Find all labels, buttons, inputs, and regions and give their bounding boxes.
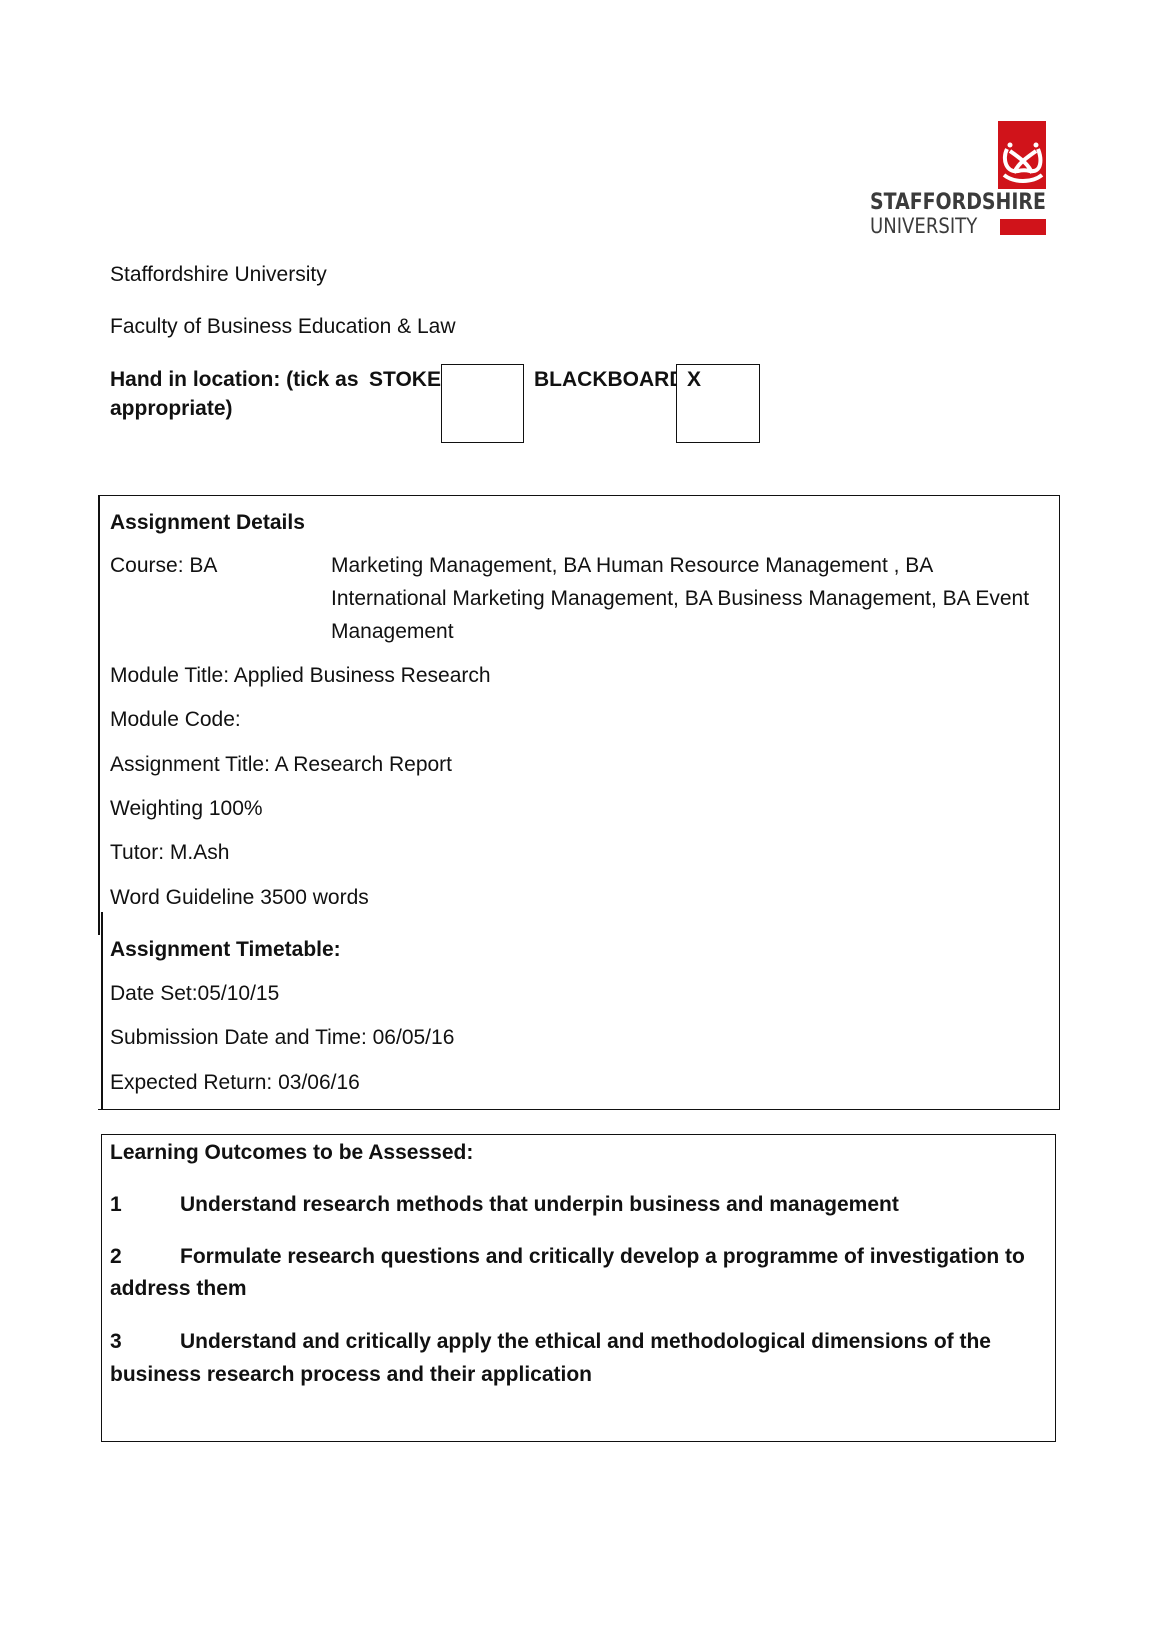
learning-outcome-3-cont: business research process and their appl…	[110, 1362, 592, 1388]
outcome-number: 2	[110, 1244, 180, 1270]
hand-in-label: Hand in location: (tick as	[110, 367, 359, 393]
stoke-label: STOKE	[369, 367, 441, 393]
blackboard-tickbox[interactable]: X	[676, 364, 760, 443]
hand-in-label-cont: appropriate)	[110, 396, 233, 422]
learning-outcome-2: 2Formulate research questions and critic…	[110, 1244, 1025, 1270]
stoke-tickbox[interactable]	[441, 364, 524, 443]
institution-name: Staffordshire University	[110, 262, 327, 288]
blackboard-mark: X	[687, 367, 701, 393]
timetable-heading: Assignment Timetable:	[110, 937, 341, 963]
module-title: Module Title: Applied Business Research	[110, 663, 491, 689]
course-value-line-1: Marketing Management, BA Human Resource …	[331, 553, 933, 579]
blackboard-label: BLACKBOARD	[534, 367, 685, 393]
staffordshire-logo: STAFFORDSHIRE UNIVERSITY	[860, 118, 1050, 243]
box-left-border-upper	[98, 495, 100, 935]
course-value-line-3: Management	[331, 619, 454, 645]
outcome-number: 1	[110, 1192, 180, 1218]
crest-icon	[998, 121, 1046, 189]
outcome-text: Formulate research questions and critica…	[180, 1245, 1025, 1268]
learning-outcome-2-cont: address them	[110, 1276, 247, 1302]
learning-outcome-3: 3Understand and critically apply the eth…	[110, 1329, 991, 1355]
assignment-details-heading: Assignment Details	[110, 510, 305, 536]
submission-date: Submission Date and Time: 06/05/16	[110, 1025, 454, 1051]
learning-outcomes-heading: Learning Outcomes to be Assessed:	[110, 1140, 473, 1166]
learning-outcome-1: 1Understand research methods that underp…	[110, 1192, 899, 1218]
faculty-name: Faculty of Business Education & Law	[110, 314, 456, 340]
assignment-title: Assignment Title: A Research Report	[110, 752, 452, 778]
date-set: Date Set:05/10/15	[110, 981, 279, 1007]
module-code: Module Code:	[110, 707, 241, 733]
logo-wordmark-line1: STAFFORDSHIRE	[870, 190, 1046, 215]
outcome-text: Understand and critically apply the ethi…	[180, 1330, 991, 1353]
expected-return: Expected Return: 03/06/16	[110, 1070, 360, 1096]
word-guideline: Word Guideline 3500 words	[110, 885, 369, 911]
course-value-line-2: International Marketing Management, BA B…	[331, 586, 1029, 612]
outcome-text: Understand research methods that underpi…	[180, 1193, 899, 1216]
box-left-border-lower	[101, 912, 103, 1110]
course-label: Course: BA	[110, 553, 217, 579]
outcome-number: 3	[110, 1329, 180, 1355]
logo-wordmark-line2: UNIVERSITY	[870, 214, 977, 238]
tutor: Tutor: M.Ash	[110, 840, 229, 866]
logo-bar	[1000, 219, 1046, 235]
weighting: Weighting 100%	[110, 796, 263, 822]
